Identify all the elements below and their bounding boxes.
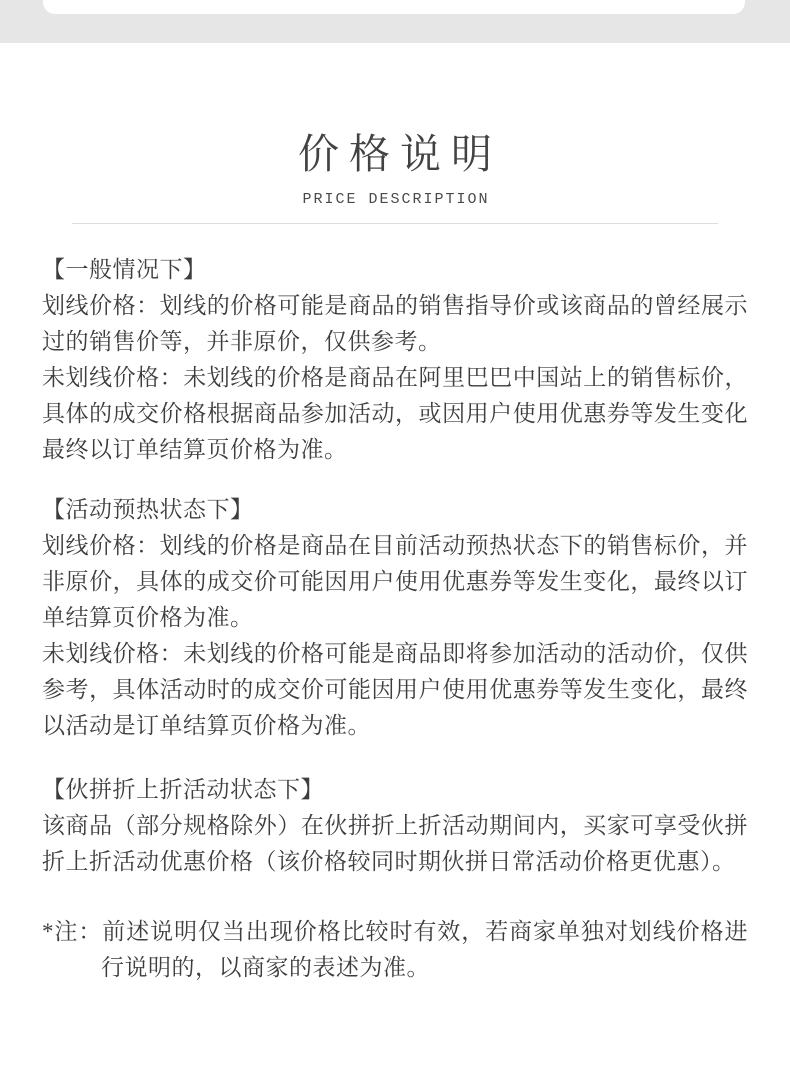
page-title: 价格说明 — [42, 130, 748, 178]
section-general-case: 【一般情况下】 划线价格：划线的价格可能是商品的销售指导价或该商品的曾经展示过的… — [42, 252, 748, 468]
footnote-prefix: *注： — [42, 919, 102, 944]
previous-card-bottom-edge — [43, 0, 745, 14]
paragraph-huopin-discount: 该商品（部分规格除外）在伙拼折上折活动期间内，买家可享受伙拼折上折活动优惠价格（… — [42, 808, 748, 880]
section-huopin-discount: 【伙拼折上折活动状态下】 该商品（部分规格除外）在伙拼折上折活动期间内，买家可享… — [42, 772, 748, 880]
footnote-text: 前述说明仅当出现价格比较时有效，若商家单独对划线价格进行说明的，以商家的表述为准… — [101, 919, 748, 980]
paragraph-strikethrough-price: 划线价格：划线的价格可能是商品的销售指导价或该商品的曾经展示过的销售价等，并非原… — [42, 288, 748, 360]
section-activity-preheat: 【活动预热状态下】 划线价格：划线的价格是商品在目前活动预热状态下的销售标价，并… — [42, 492, 748, 744]
paragraph-strikethrough-price: 划线价格：划线的价格是商品在目前活动预热状态下的销售标价，并非原价，具体的成交价… — [42, 528, 748, 636]
top-gray-strip — [0, 0, 790, 43]
section-heading: 【一般情况下】 — [42, 252, 748, 288]
price-description-page: 价格说明 PRICE DESCRIPTION 【一般情况下】 划线价格：划线的价… — [0, 130, 790, 986]
page-subtitle: PRICE DESCRIPTION — [42, 191, 748, 209]
paragraph-non-strikethrough-price: 未划线价格：未划线的价格可能是商品即将参加活动的活动价，仅供参考，具体活动时的成… — [42, 636, 748, 744]
section-heading: 【活动预热状态下】 — [42, 492, 748, 528]
footnote: *注：前述说明仅当出现价格比较时有效，若商家单独对划线价格进行说明的，以商家的表… — [42, 914, 748, 986]
paragraph-non-strikethrough-price: 未划线价格：未划线的价格是商品在阿里巴巴中国站上的销售标价，具体的成交价格根据商… — [42, 360, 748, 468]
title-divider-line — [72, 223, 718, 224]
section-heading: 【伙拼折上折活动状态下】 — [42, 772, 748, 808]
